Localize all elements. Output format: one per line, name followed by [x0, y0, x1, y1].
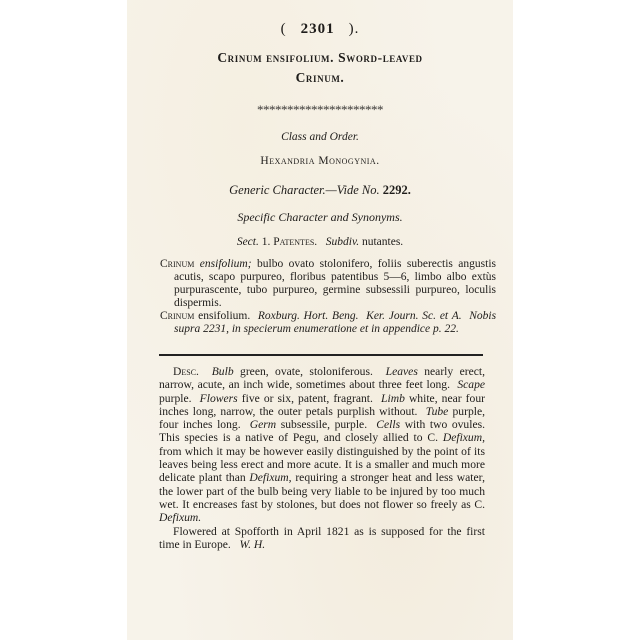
- generic-character: Generic Character.—Vide No. 2292.: [127, 183, 513, 198]
- page-number-value: 2301: [301, 21, 335, 37]
- asterisk-ornament: *********************: [127, 102, 513, 118]
- specific-character-heading: Specific Character and Synonyms.: [127, 210, 513, 225]
- synonym-entry-2: Crinum ensifolium. Roxburg. Hort. Beng. …: [160, 310, 496, 336]
- description: Desc. Bulb green, ovate, stoloniferous. …: [159, 365, 485, 551]
- class-order-heading: Class and Order.: [127, 131, 513, 143]
- horizontal-rule: [159, 354, 483, 356]
- generic-character-label: Generic Character.—Vide No.: [229, 183, 379, 197]
- page-title: Crinum ensifolium. Sword-leaved Crinum.: [127, 48, 513, 88]
- book-page: (2301). Crinum ensifolium. Sword-leaved …: [127, 0, 513, 640]
- title-line-1: Crinum ensifolium. Sword-leaved: [127, 48, 513, 68]
- description-paragraph-2: Flowered at Spofforth in April 1821 as i…: [159, 525, 485, 552]
- page-number: (2301).: [127, 21, 513, 38]
- title-line-2: Crinum.: [127, 68, 513, 88]
- class-order-value: Hexandria Monogynia.: [127, 155, 513, 167]
- section-line: Sect. 1. Patentes. Subdiv. nutantes.: [127, 236, 513, 248]
- author-signature: W. H.: [240, 538, 266, 551]
- description-paragraph-1: Desc. Bulb green, ovate, stoloniferous. …: [159, 365, 485, 525]
- synonym-entry-1: Crinum ensifolium; bulbo ovato stolonife…: [160, 258, 496, 310]
- generic-character-ref: 2292.: [383, 183, 411, 197]
